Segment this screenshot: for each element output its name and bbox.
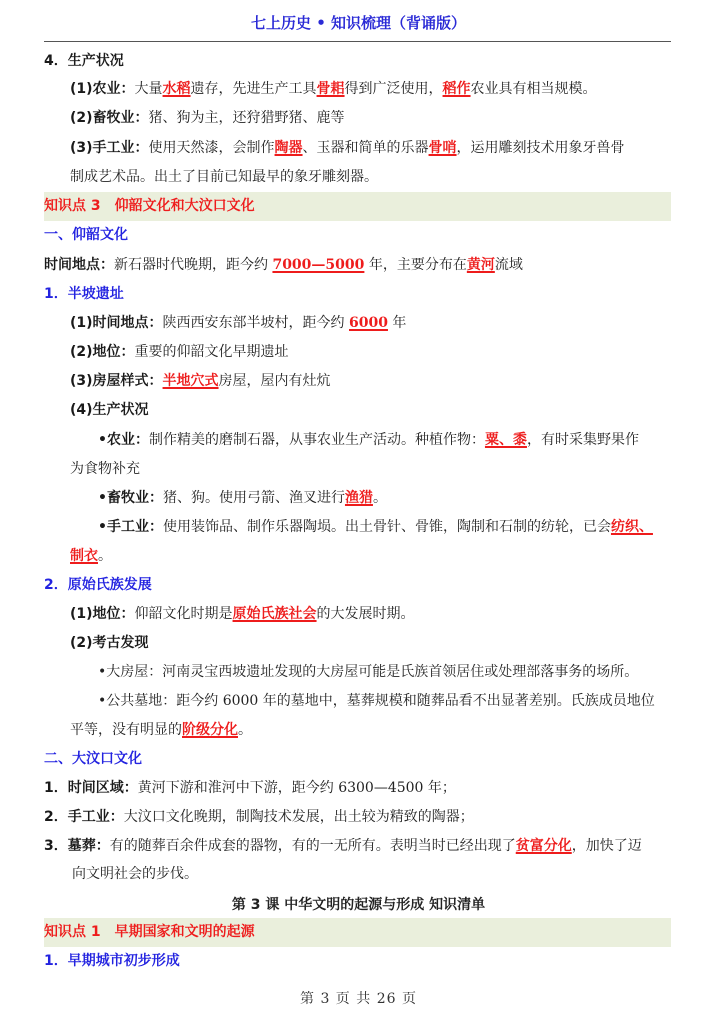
lesson-title: 第 3 课 中华文明的起源与形成 知识清单	[0, 894, 717, 914]
label: •畜牧业：	[98, 490, 163, 506]
paragraph-craft-cont: 制成艺术品。出土了目前已知最早的象牙雕刻器。	[70, 167, 378, 187]
text: 。	[373, 490, 387, 506]
subsection-heading: 二、大汶口文化	[44, 749, 142, 769]
highlight: 稻作	[443, 81, 471, 97]
label: (2)畜牧业：	[70, 110, 149, 126]
text: 流域	[495, 257, 523, 273]
highlight: 6000	[349, 315, 388, 331]
highlight: 陶器	[275, 140, 303, 156]
paragraph-dwk-3: 3．墓葬：有的随葬百余件成套的器物，有的一无所有。表明当时已经出现了贫富分化，加…	[44, 836, 642, 856]
subsection-heading: 一、仰韶文化	[44, 225, 128, 245]
kp-number: 知识点 3	[44, 198, 101, 214]
kp-title: 仰韶文化和大汶口文化	[115, 198, 255, 214]
label: (1)农业：	[70, 81, 135, 97]
label: (1)时间地点：	[70, 315, 163, 331]
paragraph-banpo-house: (3)房屋样式：半地穴式房屋，屋内有灶炕	[70, 371, 331, 391]
paragraph-cont: 制衣。	[70, 546, 112, 566]
text: 的大发展时期。	[317, 606, 415, 622]
highlight: 骨哨	[429, 140, 457, 156]
text: ，有时采集野果作	[527, 432, 639, 448]
text: 使用天然漆，会制作	[149, 140, 275, 156]
text: 房屋，屋内有灶炕	[219, 373, 331, 389]
item-heading: 1．早期城市初步形成	[44, 951, 180, 971]
kp-title: 早期国家和文明的起源	[115, 924, 255, 940]
page-header: 七上历史 • 知识梳理（背诵版）	[0, 12, 717, 33]
paragraph-time: 时间地点：新石器时代晚期，距今约 7000—5000 年，主要分布在黄河流域	[44, 255, 523, 275]
text: 黄河下游和淮河中下游，距今约 6300—4500 年；	[138, 780, 456, 796]
text: 有的随葬百余件成套的器物，有的一无所有。表明当时已经出现了	[110, 838, 516, 854]
text: 遗存，先进生产工具	[191, 81, 317, 97]
item-heading: 1．半坡遗址	[44, 284, 124, 304]
text: 大量	[135, 81, 163, 97]
text: 年	[388, 315, 406, 331]
label: (3)房屋样式：	[70, 373, 163, 389]
label: •农业：	[98, 432, 149, 448]
text: 陕西西安东部半坡村，距今约	[163, 315, 349, 331]
highlight: 贫富分化	[516, 838, 572, 854]
paragraph-dwk-2: 2．手工业：大汶口文化晚期，制陶技术发展，出土较为精致的陶器；	[44, 807, 474, 827]
text: 大汶口文化晚期，制陶技术发展，出土较为精致的陶器；	[124, 809, 474, 825]
label: 1．时间区域：	[44, 780, 138, 796]
text: 得到广泛使用，	[345, 81, 443, 97]
highlight: 半地穴式	[163, 373, 219, 389]
label: 3．墓葬：	[44, 838, 110, 854]
knowledge-point-banner: 知识点 1早期国家和文明的起源	[44, 918, 671, 947]
paragraph-cont: 平等，没有明显的阶级分化。	[70, 720, 252, 740]
text: 、玉器和简单的乐器	[303, 140, 429, 156]
text: 仰韶文化时期是	[135, 606, 233, 622]
paragraph-banpo-craft: •手工业：使用装饰品、制作乐器陶埙。出土骨针、骨锥，陶制和石制的纺轮，已会纺织、	[98, 517, 653, 537]
text: ，加快了迈	[572, 838, 642, 854]
text: ，运用雕刻技术用象牙兽骨	[457, 140, 625, 156]
paragraph-banpo-time: (1)时间地点：陕西西安东部半坡村，距今约 6000 年	[70, 313, 406, 333]
paragraph-craft: (3)手工业：使用天然漆，会制作陶器、玉器和简单的乐器骨哨，运用雕刻技术用象牙兽…	[70, 138, 625, 158]
highlight: 骨耜	[317, 81, 345, 97]
label: •手工业：	[98, 519, 163, 535]
text: 制作精美的磨制石器，从事农业生产活动。种植作物：	[149, 432, 485, 448]
paragraph-big-house: •大房屋：河南灵宝西坡遗址发现的大房屋可能是氏族首领居住或处理部落事务的场所。	[98, 662, 638, 682]
highlight: 渔猎	[345, 490, 373, 506]
paragraph-banpo-husbandry: •畜牧业：猪、狗。使用弓箭、渔叉进行渔猎。	[98, 488, 387, 508]
page-number: 第 3 页 共 26 页	[0, 988, 717, 1008]
paragraph-finds: (2)考古发现	[70, 633, 149, 653]
label: (1)地位：	[70, 606, 135, 622]
document-page: 七上历史 • 知识梳理（背诵版） 4．生产状况 (1)农业：大量水稻遗存，先进生…	[0, 0, 717, 1024]
text: 使用装饰品、制作乐器陶埙。出土骨针、骨锥，陶制和石制的纺轮，已会	[163, 519, 611, 535]
knowledge-point-banner: 知识点 3仰韶文化和大汶口文化	[44, 192, 671, 221]
label: 时间地点：	[44, 257, 114, 273]
text: 猪、狗为主，还狩猎野猪、鹿等	[149, 110, 345, 126]
paragraph-banpo-production: (4)生产状况	[70, 400, 149, 420]
paragraph-banpo-status: (2)地位：重要的仰韶文化早期遗址	[70, 342, 289, 362]
highlight: 制衣	[70, 548, 98, 564]
highlight: 阶级分化	[182, 722, 238, 738]
paragraph-banpo-agri: •农业：制作精美的磨制石器，从事农业生产活动。种植作物：粟、黍，有时采集野果作	[98, 430, 639, 450]
paragraph-tomb: •公共墓地：距今约 6000 年的墓地中，墓葬规模和随葬品看不出显著差别。氏族成…	[98, 691, 655, 711]
highlight: 原始氏族社会	[233, 606, 317, 622]
highlight: 纺织、	[611, 519, 653, 535]
text: 重要的仰韶文化早期遗址	[135, 344, 289, 360]
text: 。	[238, 722, 252, 738]
text: 年，主要分布在	[364, 257, 466, 273]
paragraph-cont: 为食物补充	[70, 459, 140, 479]
highlight: 粟、黍	[485, 432, 527, 448]
text: 。	[98, 548, 112, 564]
highlight: 黄河	[467, 257, 495, 273]
text: 平等，没有明显的	[70, 722, 182, 738]
label: (3)手工业：	[70, 140, 149, 156]
paragraph-agriculture: (1)农业：大量水稻遗存，先进生产工具骨耜得到广泛使用，稻作农业具有相当规模。	[70, 79, 597, 99]
paragraph-husbandry: (2)畜牧业：猪、狗为主，还狩猎野猪、鹿等	[70, 108, 345, 128]
paragraph-cont: 向文明社会的步伐。	[72, 864, 198, 884]
header-divider	[44, 41, 671, 42]
kp-number: 知识点 1	[44, 924, 101, 940]
highlight: 水稻	[163, 81, 191, 97]
highlight: 7000—5000	[272, 257, 364, 273]
section-heading: 4．生产状况	[44, 51, 124, 71]
item-heading: 2．原始氏族发展	[44, 575, 152, 595]
label: 2．手工业：	[44, 809, 124, 825]
paragraph-dwk-1: 1．时间区域：黄河下游和淮河中下游，距今约 6300—4500 年；	[44, 778, 456, 798]
label: (2)地位：	[70, 344, 135, 360]
text: 新石器时代晚期，距今约	[114, 257, 272, 273]
text: 猪、狗。使用弓箭、渔叉进行	[163, 490, 345, 506]
text: 农业具有相当规模。	[471, 81, 597, 97]
paragraph-clan-status: (1)地位：仰韶文化时期是原始氏族社会的大发展时期。	[70, 604, 415, 624]
